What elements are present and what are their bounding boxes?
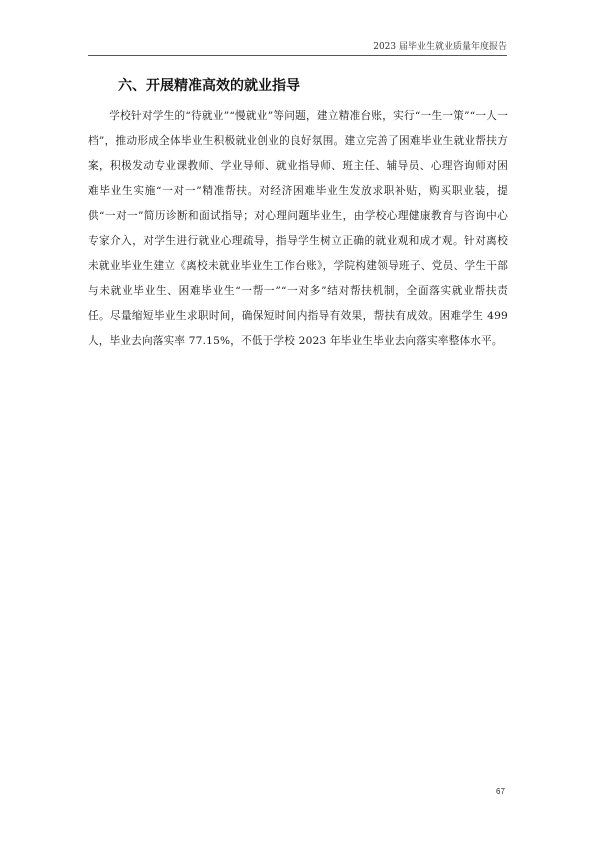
body-paragraph: 学校针对学生的“待就业”“慢就业”等问题，建立精准台账，实行“一生一策”“一人一… xyxy=(88,104,508,354)
page-header: 2023 届毕业生就业质量年度报告 xyxy=(88,36,507,56)
page-number: 67 xyxy=(496,787,505,796)
report-title: 2023 届毕业生就业质量年度报告 xyxy=(373,39,507,52)
section-heading: 六、开展精准高效的就业指导 xyxy=(118,75,300,95)
